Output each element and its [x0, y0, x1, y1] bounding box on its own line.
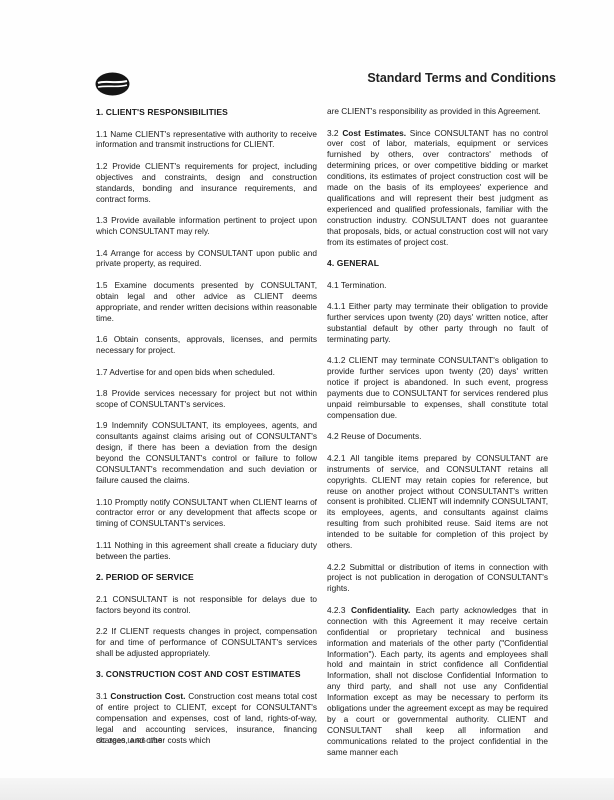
clause-number: 4.2.3 [327, 605, 351, 615]
subsection-heading-reuse-of-documents: 4.2 Reuse of Documents. [327, 431, 548, 442]
clause-1-6: 1.6 Obtain consents, approvals, licenses… [96, 334, 317, 356]
clause-1-2: 1.2 Provide CLIENT's requirements for pr… [96, 161, 317, 205]
clause-1-7: 1.7 Advertise for and open bids when sch… [96, 367, 317, 378]
clause-1-8: 1.8 Provide services necessary for proje… [96, 388, 317, 410]
clause-number: 3.2 [327, 128, 342, 138]
section-heading-general: 4. GENERAL [327, 258, 548, 269]
left-column: 1. CLIENT'S RESPONSIBILITIES 1.1 Name CL… [96, 107, 317, 756]
clause-2-1: 2.1 CONSULTANT is not responsible for de… [96, 594, 317, 616]
clause-2-2: 2.2 If CLIENT requests changes in projec… [96, 626, 317, 659]
clause-label: Cost Estimates. [342, 128, 406, 138]
right-column: are CLIENT's responsibility as provided … [327, 106, 548, 768]
section-heading-client-responsibilities: 1. CLIENT'S RESPONSIBILITIES [96, 107, 317, 118]
clause-4-2-1: 4.2.1 All tangible items prepared by CON… [327, 453, 548, 551]
clause-1-4: 1.4 Arrange for access by CONSULTANT upo… [96, 248, 317, 270]
clause-4-1-2: 4.1.2 CLIENT may terminate CONSULTANT's … [327, 355, 548, 420]
clause-1-5: 1.5 Examine documents presented by CONSU… [96, 280, 317, 324]
document-title: Standard Terms and Conditions [367, 71, 556, 85]
clause-1-1: 1.1 Name CLIENT's representative with au… [96, 129, 317, 151]
clause-3-2: 3.2 Cost Estimates. Since CONSULTANT has… [327, 128, 548, 248]
scan-shadow [0, 778, 614, 800]
clause-1-10: 1.10 Promptly notify CONSULTANT when CLI… [96, 497, 317, 530]
document-page: Standard Terms and Conditions 1. CLIENT'… [0, 0, 614, 800]
clause-text: Each party acknowledges that in connecti… [327, 605, 548, 757]
company-logo-icon [95, 72, 130, 96]
section-heading-period-of-service: 2. PERIOD OF SERVICE [96, 572, 317, 583]
clause-4-2-3: 4.2.3 Confidentiality. Each party acknow… [327, 605, 548, 758]
clause-1-3: 1.3 Provide available information pertin… [96, 215, 317, 237]
clause-label: Confidentiality. [351, 605, 410, 615]
section-heading-construction-cost: 3. CONSTRUCTION COST AND COST ESTIMATES [96, 669, 317, 680]
clause-number: 3.1 [96, 691, 110, 701]
clause-4-1-1: 4.1.1 Either party may terminate their o… [327, 301, 548, 345]
clause-1-9: 1.9 Indemnify CONSULTANT, its employees,… [96, 420, 317, 485]
form-code: SC 3810 IA R6 1/18 [96, 736, 162, 745]
clause-1-11: 1.11 Nothing in this agreement shall cre… [96, 540, 317, 562]
clause-4-2-2: 4.2.2 Submittal or distribution of items… [327, 562, 548, 595]
clause-3-1-continued: are CLIENT's responsibility as provided … [327, 106, 548, 117]
clause-label: Construction Cost. [110, 691, 185, 701]
subsection-heading-termination: 4.1 Termination. [327, 280, 548, 291]
clause-text: Since CONSULTANT has no control over cos… [327, 128, 548, 247]
